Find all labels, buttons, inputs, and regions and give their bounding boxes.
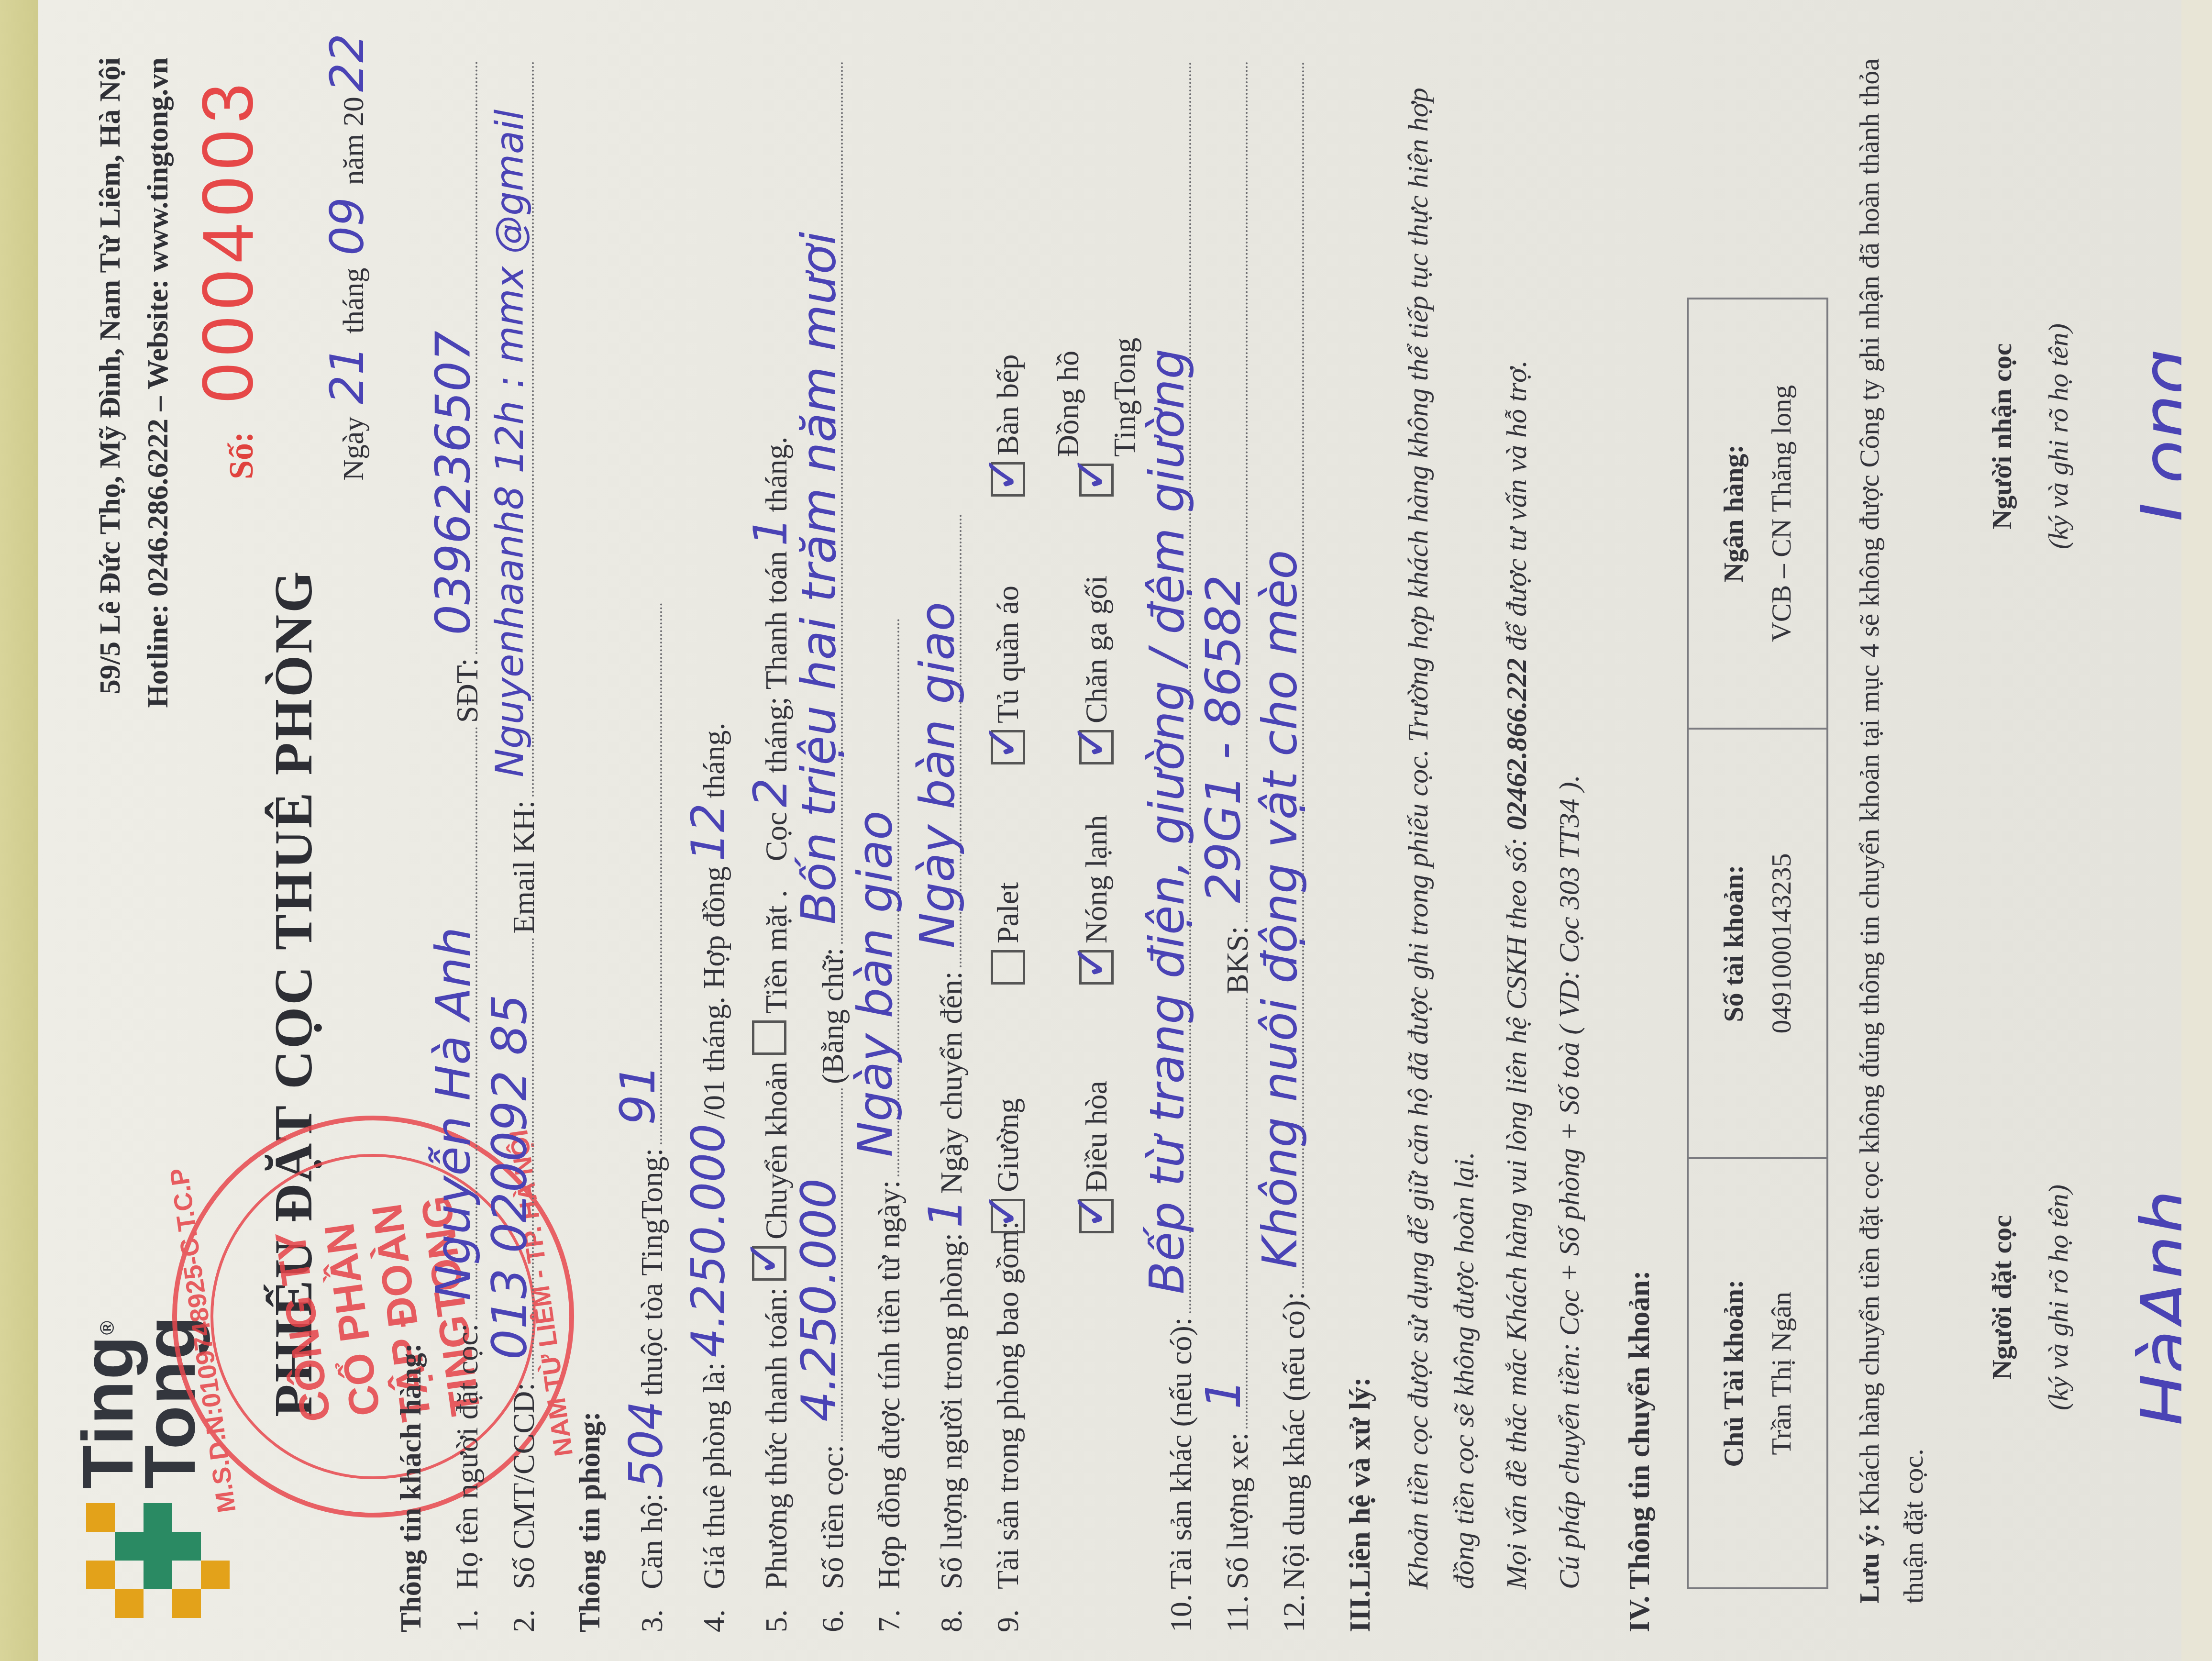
customer-name-value: Nguyễn Hà Anh xyxy=(430,927,477,1301)
plate-value: 29G1 - 86582 xyxy=(1200,575,1248,903)
building-value: 91 xyxy=(614,1064,662,1125)
logo-pixel-icon xyxy=(86,1494,230,1618)
account-number-cell: Số tài khoản:0491000143235 xyxy=(1688,729,1827,1159)
deposit-receipt-paper: Ting® Tong 59/5 Lê Đức Thọ, Mỹ Đình, Nam… xyxy=(38,0,2181,1661)
room-apartment-row: 3. Căn hộ: 504 thuộc tòa TingTong: 91 xyxy=(618,57,680,1632)
contract-start-value: Ngày bàn giao xyxy=(852,811,899,1157)
transfer-section-title: IV.Thông tin chuyển khoản: xyxy=(1611,57,1668,1632)
customer-id-row: 2. Số CMT/CCCD: 013 020092 85 Email KH: … xyxy=(496,57,552,1632)
customer-email-value: Nguyenhaanh8 12h : mmx @gmail xyxy=(486,110,534,777)
contact-para-2: Mọi vấn đề thắc mắc Khách hàng vui lòng … xyxy=(1493,57,1539,1589)
depositor-signature: Người đặt cọc (ký và ghi rõ họ tên) HàAn… xyxy=(1974,1010,2181,1584)
customer-section-title: Thông tin khách hàng: xyxy=(383,57,439,1632)
contact-para-3: Cú pháp chuyển tiền: Cọc + Số phòng + Số… xyxy=(1546,57,1592,1589)
receipt-number: Số: 0004003 xyxy=(187,77,269,479)
contact-section-title: III.Liên hệ và xử lý: xyxy=(1332,57,1388,1632)
receiver-signature: Người nhận cọc (ký và ghi rõ họ tên) Lon… xyxy=(1974,149,2181,723)
asset-bedding: Chăn ga gối xyxy=(1040,503,1153,771)
signature-area: Người đặt cọc (ký và ghi rõ họ tên) HàAn… xyxy=(1974,57,2181,1632)
company-info: 59/5 Lê Đức Thọ, Mỹ Đình, Nam Từ Liêm, H… xyxy=(86,57,182,708)
room-price-row: 4. Giá thuê phòng là: 4.250.000 /01 thán… xyxy=(680,57,742,1632)
receipt-date: Ngày 21 tháng 09 năm 2022 xyxy=(321,29,374,481)
bank-name-cell: Ngân hàng:VCB – CN Thăng long xyxy=(1688,299,1827,729)
apartment-value: 504 xyxy=(618,1401,675,1488)
cskh-phone: 02462.866.222 xyxy=(1501,658,1532,830)
other-content-row: 12. Nội dung khác (nếu có): Không nuôi đ… xyxy=(1266,57,1322,1632)
occupants-value: 1 xyxy=(918,1199,974,1228)
contact-para-1: Khoản tiền cọc được sử dụng để giữ căn h… xyxy=(1395,57,1487,1589)
other-content-value: Không nuôi động vật cho mèo xyxy=(1256,550,1304,1269)
bank-info-table: Chủ Tài khoản:Trần Thị Ngân Số tài khoản… xyxy=(1687,298,1828,1589)
move-in-value: Ngày bàn giao xyxy=(914,602,962,948)
document-photo: Ting® Tong 59/5 Lê Đức Thọ, Mỹ Đình, Nam… xyxy=(38,0,2181,1661)
transfer-note: Lưu ý: Khách hàng chuyển tiền đặt cọc kh… xyxy=(1847,57,1935,1604)
company-address: 59/5 Lê Đức Thọ, Mỹ Đình, Nam Từ Liêm, H… xyxy=(86,57,134,708)
contract-months-value: 12 xyxy=(680,803,737,862)
other-assets-value: Bếp từ trang điện, giường / đệm giường xyxy=(1143,349,1191,1295)
asset-tingtong-meter: Đồng hồ TingTong xyxy=(1040,235,1153,503)
company-hotline: Hotline: 0246.286.6222 – Website: www.ti… xyxy=(134,57,182,708)
receipt-body: Thông tin khách hàng: 1. Họ tên người đặ… xyxy=(383,57,2181,1632)
customer-id-value: 013 020092 85 xyxy=(486,994,534,1359)
deposit-amount-value: 4.250.000 xyxy=(795,1178,843,1422)
room-price-value: 4.250.000 xyxy=(680,1124,737,1358)
transfer-checkbox[interactable] xyxy=(752,1246,786,1281)
vehicle-count-value: 1 xyxy=(1200,1379,1248,1409)
account-owner-cell: Chủ Tài khoản:Trần Thị Ngân xyxy=(1688,1158,1827,1588)
occupants-row: 8. Số lượng người trong phòng: 1 Ngày ch… xyxy=(918,57,980,1632)
asset-air-conditioner: Điều hòa xyxy=(1040,991,1153,1240)
room-section-title: Thông tin phòng: xyxy=(562,57,618,1632)
deposit-words-value: Bốn triệu hai trăm năm mươi xyxy=(795,232,843,924)
assets-row: 9. Tài sản trong phòng bao gồm: xyxy=(980,57,1036,1632)
receipt-number-value: 0004003 xyxy=(187,77,269,403)
customer-phone-value: 0396236507 xyxy=(430,331,477,635)
cash-checkbox[interactable] xyxy=(752,1020,786,1055)
asset-water-heater: Nóng lạnh xyxy=(1040,771,1153,991)
